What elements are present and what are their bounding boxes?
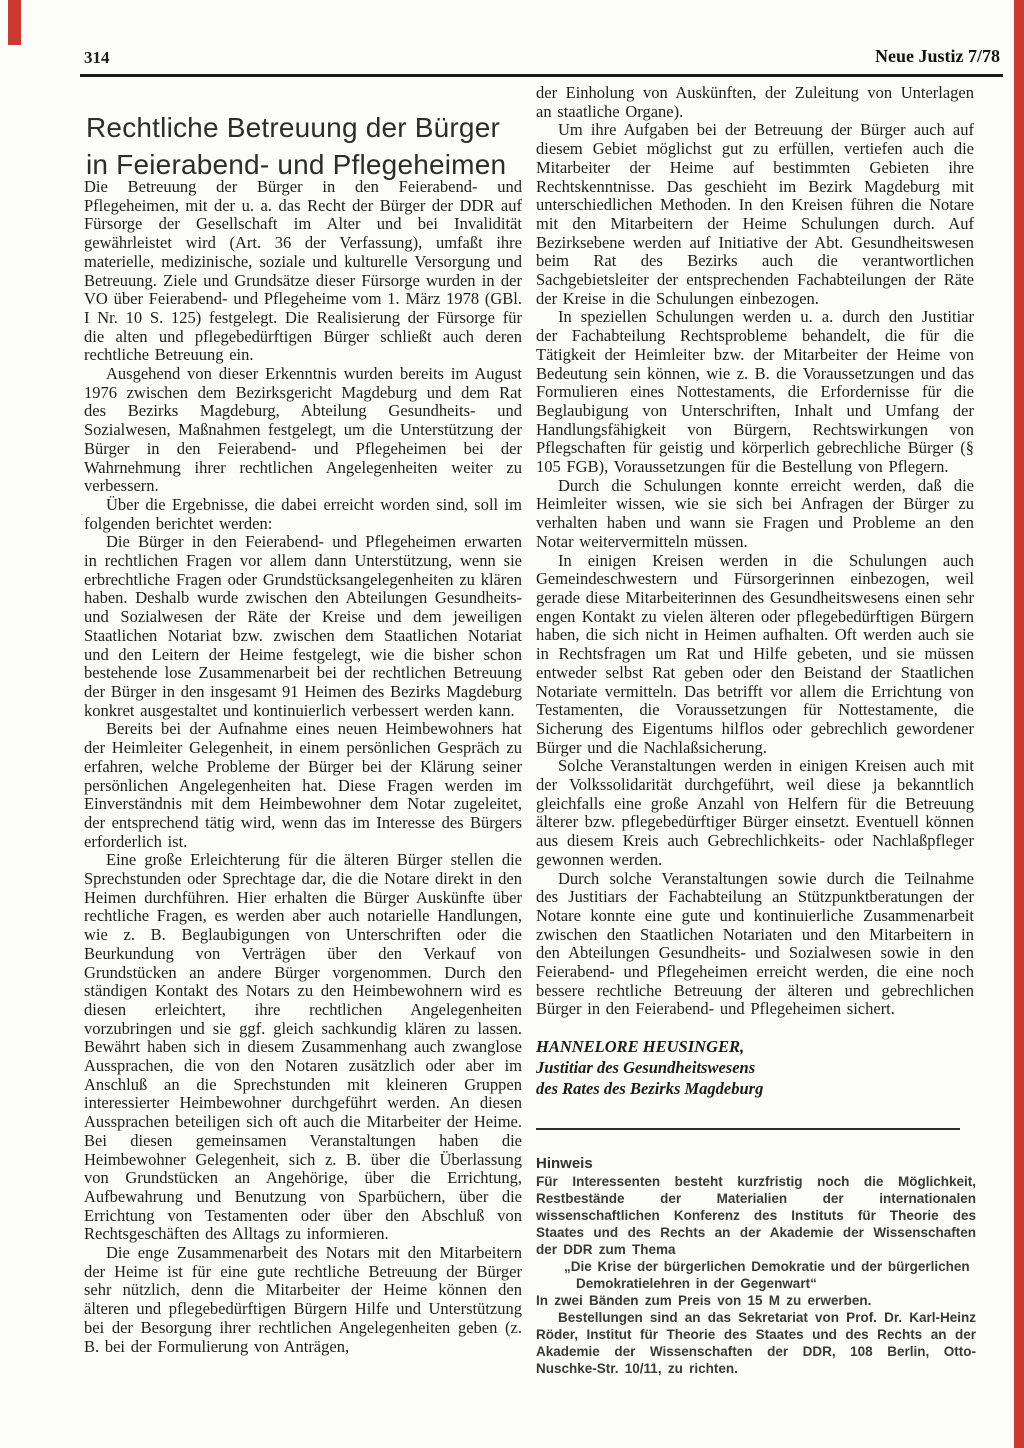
hinweis-paragraph: Bestellungen sind an das Sekretariat von… [536,1309,976,1377]
hinweis-paragraph: Für Interessenten besteht kurzfristig no… [536,1173,976,1258]
author-role-line1: Justitiar des Gesundheitswesens [536,1057,974,1078]
paragraph: Durch die Schulungen konnte erreicht wer… [536,477,974,552]
paragraph: Bereits bei der Aufnahme eines neuen Hei… [84,720,522,851]
article-title-line1: Rechtliche Betreuung der Bürger [86,112,500,143]
paragraph: Eine große Erleichterung für die älteren… [84,851,522,1244]
paragraph: Die Bürger in den Feierabend- und Pflege… [84,533,522,720]
red-corner-mark [8,0,21,45]
page-number: 314 [84,48,110,68]
author-block: HANNELORE HEUSINGER, Justitiar des Gesun… [536,1036,974,1099]
article-title: Rechtliche Betreuung der Bürger in Feier… [86,109,536,183]
paragraph: Die Betreuung der Bürger in den Feierabe… [84,178,522,365]
paragraph: Ausgehend von dieser Erkenntnis wurden b… [84,365,522,496]
red-edge-stripe [1014,0,1024,1448]
paragraph: Die enge Zusammenarbeit des Notars mit d… [84,1244,522,1356]
paragraph: In einigen Kreisen werden in die Schulun… [536,552,974,758]
paragraph: In speziellen Schulungen werden u. a. du… [536,308,974,476]
paragraph: Über die Ergebnisse, die dabei erreicht … [84,496,522,533]
author-role-line2: des Rates des Bezirks Magdeburg [536,1078,974,1099]
scanned-journal-page: 314 Neue Justiz 7/78 Rechtliche Betreuun… [0,0,1024,1448]
journal-title: Neue Justiz 7/78 [875,46,1000,66]
article-title-line2: in Feierabend- und Pflegeheimen [86,149,506,180]
section-divider-rule [536,1128,960,1130]
author-name: HANNELORE HEUSINGER, [536,1036,974,1057]
paragraph: Durch solche Veranstaltungen sowie durch… [536,870,974,1020]
right-column-paragraphs: der Einholung von Auskünften, der Zuleit… [536,84,974,1019]
hinweis-heading: Hinweis [536,1155,976,1173]
hinweis-section: Hinweis Für Interessenten besteht kurzfr… [536,1155,976,1377]
paragraph: der Einholung von Auskünften, der Zuleit… [536,84,974,121]
header-rule [80,74,1003,77]
hinweis-paragraph: In zwei Bänden zum Preis von 15 M zu erw… [536,1292,976,1309]
paragraph: Um ihre Aufgaben bei der Betreuung der B… [536,121,974,308]
right-column: der Einholung von Auskünften, der Zuleit… [536,84,974,1377]
left-column: Die Betreuung der Bürger in den Feierabe… [84,178,522,1356]
hinweis-quote: „Die Krise der bürgerlichen Demokratie u… [536,1258,976,1292]
paragraph: Solche Veranstaltungen werden in einigen… [536,757,974,869]
